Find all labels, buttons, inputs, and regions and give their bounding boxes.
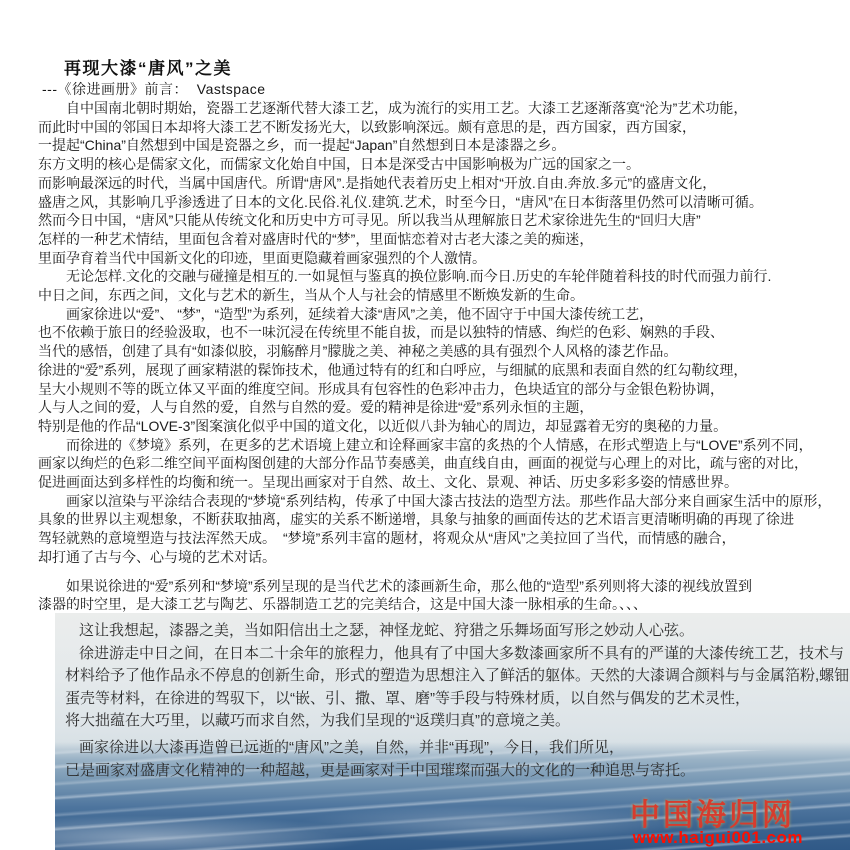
- article-line: 却打通了古与今、心与境的艺术对话。: [38, 548, 848, 567]
- overlay-line: 这让我想起，漆器之美，当如阳信出土之瑟，神怪龙蛇、狩猎之乐舞场面写形之妙动人心弦…: [65, 620, 850, 643]
- page: 再现大漆“唐风”之美 ---《徐进画册》前言： Vastspace 自中国南北朝…: [0, 0, 850, 850]
- article-line: 无论怎样.文化的交融与碰撞是相互的.一如晁恒与鉴真的换位影响.而今日.历史的车轮…: [38, 267, 848, 286]
- article-line: 具象的世界以主观想象，不断获取抽离，虚实的关系不断递增，具象与抽象的画面传达的艺…: [38, 510, 848, 529]
- overlay-line: 材料给予了他作品永不停息的创新生命，形式的塑造为思想注入了鲜活的躯体。天然的大漆…: [65, 665, 850, 688]
- preface-byline: ---《徐进画册》前言： Vastspace: [42, 79, 266, 99]
- article-line: 特别是他的作品“LOVE-3”图案演化似乎中国的道文化，以近似八卦为轴心的周边，…: [38, 417, 848, 436]
- article-line: 驾轻就熟的意境塑造与技法浑然天成。 “梦境”系列丰富的题材，将观众从“唐风”之美…: [38, 529, 848, 548]
- article-line: 东方文明的核心是儒家文化，而儒家文化始自中国，日本是深受古中国影响极为广远的国家…: [38, 155, 848, 174]
- overlay-line: 已是画家对盛唐文化精神的一种超越，更是画家对于中国璀璨而强大的文化的一种追思与寄…: [65, 760, 850, 783]
- article-line: 怎样的一种艺术情结，里面包含着对盛唐时代的“梦”，里面惦恋着对古老大漆之美的痴迷…: [38, 230, 848, 249]
- article-line: 自中国南北朝时期始，瓷器工艺逐渐代替大漆工艺，成为流行的实用工艺。大漆工艺逐渐落…: [38, 99, 848, 118]
- overlay-line: 将大拙蕴在大巧里，以藏巧而求自然，为我们呈现的“返璞归真”的意境之美。: [65, 710, 850, 733]
- article-line: 漆器的时空里，是大漆工艺与陶艺、乐器制造工艺的完美结合，这是中国大漆一脉相承的生…: [38, 595, 848, 614]
- overlay-line: 画家徐进以大漆再造曾已远逝的“唐风”之美，自然，并非“再现”，今日，我们所见，: [65, 737, 850, 760]
- photo-seascape: 这让我想起，漆器之美，当如阳信出土之瑟，神怪龙蛇、狩猎之乐舞场面写形之妙动人心弦…: [55, 613, 850, 850]
- photo-overlay-text: 这让我想起，漆器之美，当如阳信出土之瑟，神怪龙蛇、狩猎之乐舞场面写形之妙动人心弦…: [65, 620, 850, 782]
- article-line: 如果说徐进的“爱”系列和“梦境”系列呈现的是当代艺术的漆画新生命，那么他的“造型…: [38, 577, 848, 596]
- article-line: 一提起“China”自然想到中国是瓷器之乡，而一提起“Japan”自然想到日本是…: [38, 136, 848, 155]
- article-line: 里面孕育着当代中国新文化的印迹，里面更隐藏着画家强烈的个人激情。: [38, 249, 848, 268]
- article-line: 促进画面达到多样性的均衡和统一。呈现出画家对于自然、故土、文化、景观、神话、历史…: [38, 473, 848, 492]
- article-line: 而徐进的《梦境》系列，在更多的艺术语境上建立和诠释画家丰富的炙热的个人情感，在形…: [38, 436, 848, 455]
- article-line: 徐进的“爱”系列，展现了画家精湛的髹饰技术，他通过特有的红和白呼应，与细腻的底黑…: [38, 361, 848, 380]
- article-line: 而影响最深远的时代，当属中国唐代。所谓“唐风”.是指她代表着历史上相对“开放.自…: [38, 174, 848, 193]
- article-line: 而此时中国的邻国日本却将大漆工艺不断发扬光大，以致影响深远。颇有意思的是，西方国…: [38, 118, 848, 137]
- article-line: 画家以绚烂的色彩二维空间平面构图创建的大部分作品节奏感美，曲直线自由，画面的视觉…: [38, 454, 848, 473]
- article-line: 也不依赖于旅日的经验汲取，也不一味沉浸在传统里不能自拔，而是以独特的情感、绚烂的…: [38, 323, 848, 342]
- article-line: 当代的感悟，创建了具有“如漆似胶，羽觞醉月”朦胧之美、神秘之美感的具有强烈个人风…: [38, 342, 848, 361]
- article-line: 然而今日中国，“唐风”只能从传统文化和历史中方可寻见。所以我当从理解旅日艺术家徐…: [38, 211, 848, 230]
- watermark-site-url: www.haigui001.com: [633, 828, 803, 848]
- overlay-line: 徐进游走中日之间，在日本二十余年的旅程力，他具有了中国大多数漆画家所不具有的严谨…: [65, 643, 850, 666]
- article-line: 画家以渲染与平涂结合表现的“梦境“系列结构，传承了中国大漆古技法的造型方法。那些…: [38, 492, 848, 511]
- article-text: 自中国南北朝时期始，瓷器工艺逐渐代替大漆工艺，成为流行的实用工艺。大漆工艺逐渐落…: [38, 99, 848, 614]
- article-line: 呈大小规则不等的既立体又平面的维度空间。形成具有包容性的色彩冲击力，色块适宜的部…: [38, 380, 848, 399]
- page-title: 再现大漆“唐风”之美: [64, 54, 232, 79]
- article-line: 盛唐之风，其影响几乎渗透进了日本的文化.民俗.礼仪.建筑.艺术，时至今日，“唐风…: [38, 193, 848, 212]
- article-line: 画家徐进以“爱”、 “梦”，“造型”为系列，延续着大漆“唐风”之美，他不固守于中…: [38, 305, 848, 324]
- article-line: 人与人之间的爱，人与自然的爱，自然与自然的爱。爱的精神是徐进“爱”系列永恒的主题…: [38, 398, 848, 417]
- overlay-line: 蛋壳等材料，在徐进的驾驭下，以“嵌、引、撒、罩、磨”等手段与特殊材质，以自然与偶…: [65, 688, 850, 711]
- article-line: 中日之间，东西之间，文化与艺术的新生，当从个人与社会的情感里不断焕发新的生命。: [38, 286, 848, 305]
